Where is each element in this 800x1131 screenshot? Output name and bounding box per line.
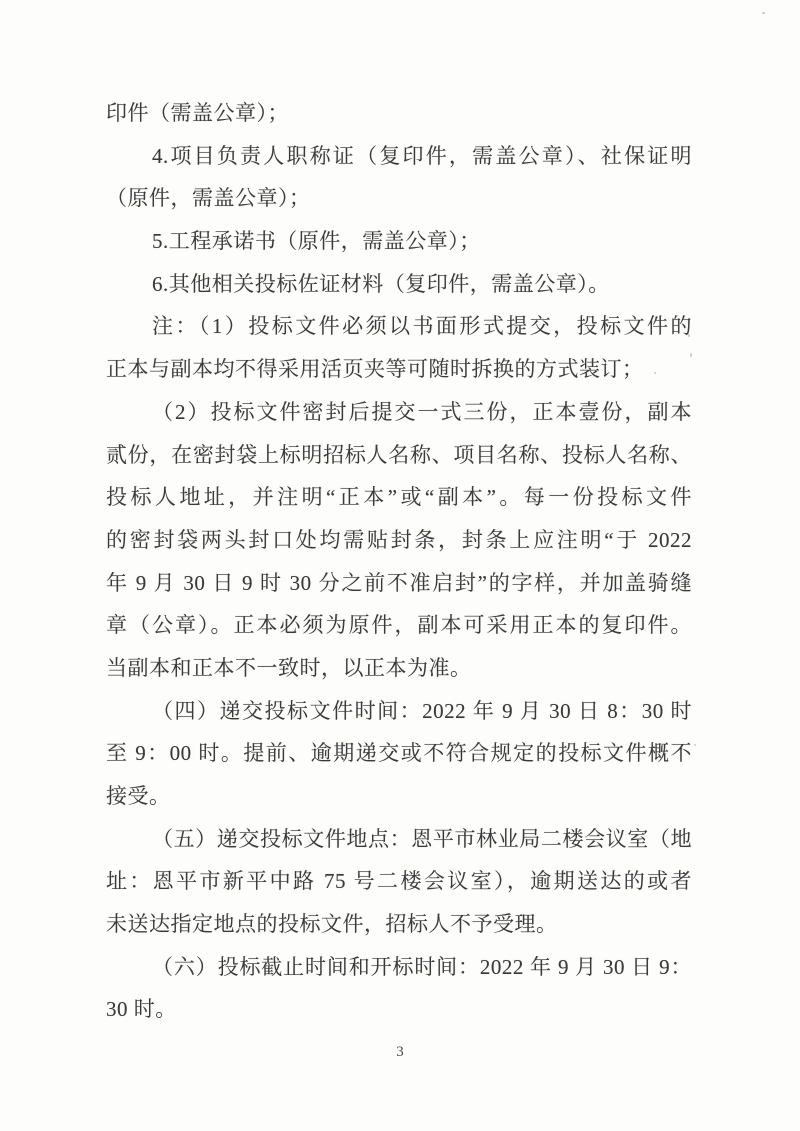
- text-line: 30 时。: [106, 988, 692, 1031]
- text-line: 章（公章）。正本必须为原件，副本可采用正本的复印件。: [106, 604, 692, 647]
- scan-speck: [690, 353, 692, 357]
- text-line: 未送达指定地点的投标文件，招标人不予受理。: [106, 903, 692, 946]
- text-line: 至 9：00 时。提前、逾期递交或不符合规定的投标文件概不: [106, 732, 692, 775]
- text-line: 贰份，在密封袋上标明招标人名称、项目名称、投标人名称、: [106, 434, 692, 477]
- scan-speck: [762, 12, 765, 14]
- text-line: 印件（需盖公章）；: [106, 92, 692, 135]
- text-line: 5.工程承诺书（原件，需盖公章）；: [106, 220, 692, 263]
- document-page: 印件（需盖公章）； 4.项目负责人职称证（复印件，需盖公章）、社保证明 （原件，…: [0, 0, 800, 1131]
- text-line: 6.其他相关投标佐证材料（复印件，需盖公章）。: [106, 263, 692, 306]
- text-line: 投标人地址，并注明“正本”或“副本”。每一份投标文件: [106, 476, 692, 519]
- scan-speck: [688, 334, 690, 337]
- text-line: 的密封袋两头封口处均需贴封条，封条上应注明“于 2022: [106, 519, 692, 562]
- text-line: 正本与副本均不得采用活页夹等可随时拆换的方式装订；: [106, 348, 692, 391]
- text-line: （原件，需盖公章）；: [106, 177, 692, 220]
- text-line: 址：恩平市新平中路 75 号二楼会议室），逾期送达的或者: [106, 860, 692, 903]
- document-body: 印件（需盖公章）； 4.项目负责人职称证（复印件，需盖公章）、社保证明 （原件，…: [106, 92, 692, 1031]
- text-line: 当副本和正本不一致时，以正本为准。: [106, 647, 692, 690]
- text-line: 接受。: [106, 775, 692, 818]
- text-line: 年 9 月 30 日 9 时 30 分之前不准启封”的字样，并加盖骑缝: [106, 562, 692, 605]
- scan-speck: [694, 744, 696, 746]
- text-line: （六）投标截止时间和开标时间：2022 年 9 月 30 日 9：: [106, 946, 692, 989]
- text-line: 4.项目负责人职称证（复印件，需盖公章）、社保证明: [106, 135, 692, 178]
- scan-speck: [654, 372, 656, 374]
- text-line: （2）投标文件密封后提交一式三份，正本壹份，副本: [106, 391, 692, 434]
- text-line: （五）递交投标文件地点：恩平市林业局二楼会议室（地: [106, 818, 692, 861]
- page-number: 3: [0, 1044, 800, 1061]
- text-line: （四）递交投标文件时间：2022 年 9 月 30 日 8：30 时: [106, 690, 692, 733]
- text-line: 注：（1）投标文件必须以书面形式提交，投标文件的: [106, 305, 692, 348]
